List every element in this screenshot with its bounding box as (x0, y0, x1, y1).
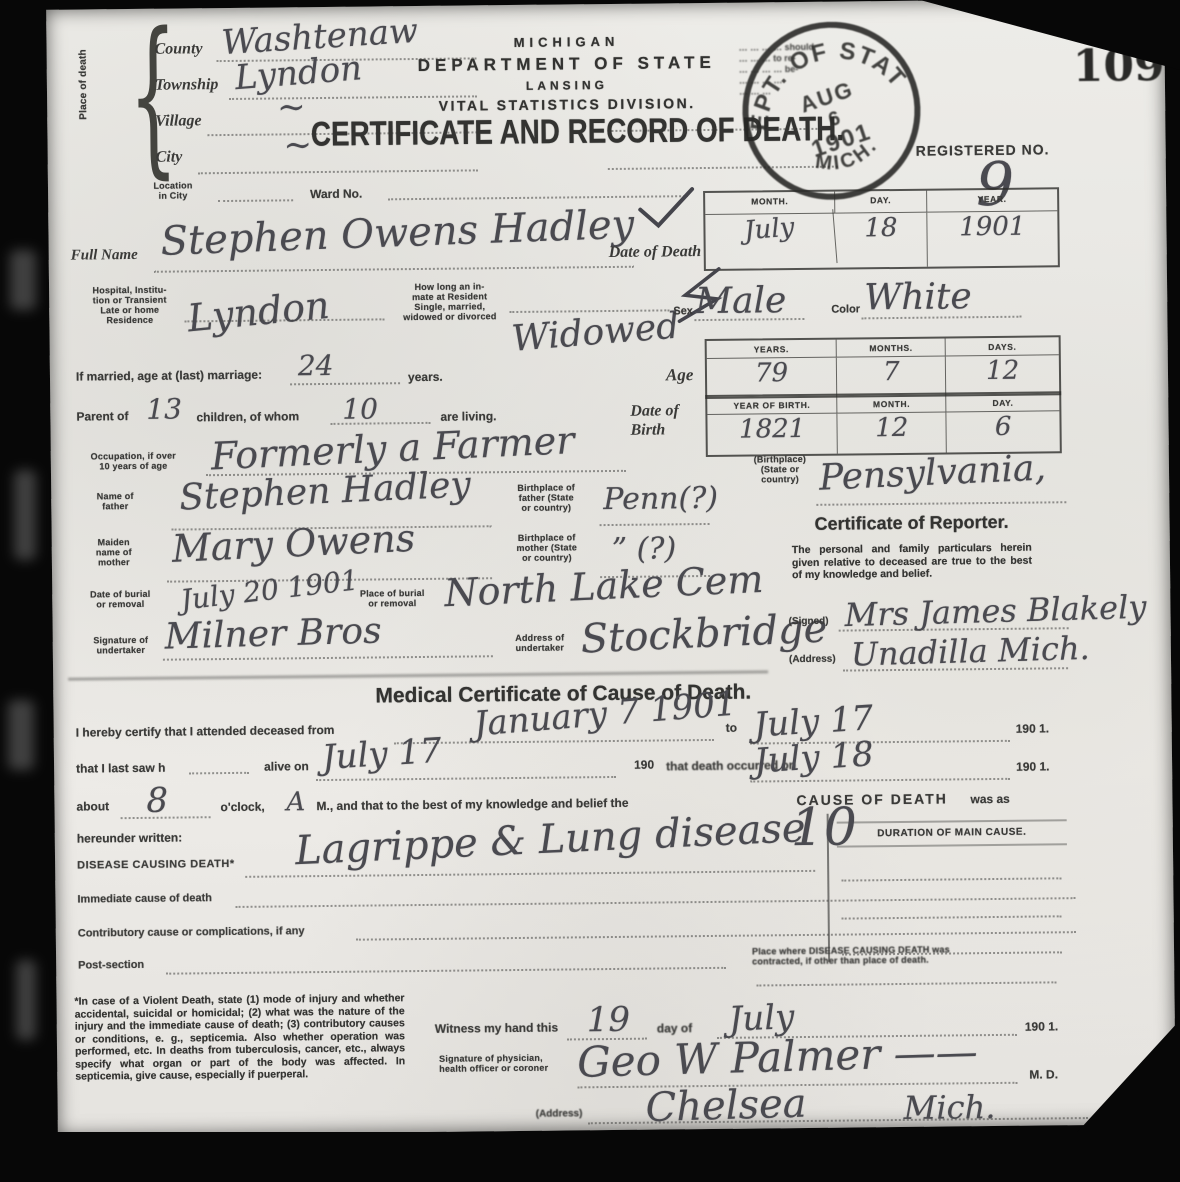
certificate-paper: { Place of death County Washtenaw Townsh… (46, 0, 1176, 1136)
father-birthplace-value: Penn(?) (603, 481, 718, 517)
film-edge-smudge (8, 700, 34, 770)
children-count-value: 13 (146, 392, 182, 425)
physician-address-value: Chelsea (645, 1081, 807, 1131)
duration-box: DURATION OF MAIN CAUSE. (827, 811, 1081, 962)
witness-year-label: 190 1. (1025, 1019, 1059, 1033)
birth-day-header: DAY. (947, 393, 1060, 412)
death-occurred-year: 190 1. (1016, 759, 1050, 773)
header-michigan: MICHIGAN (366, 32, 766, 51)
age-years-header: YEARS. (707, 340, 837, 359)
full-name-label: Full Name (71, 247, 138, 265)
burial-date-label: Date of burial or removal (82, 589, 158, 610)
birth-month-header: MONTH. (837, 394, 946, 413)
dod-year-value: 1901 (927, 211, 1058, 266)
last-saw-line (316, 776, 616, 781)
witness-label: Witness my hand this (435, 1021, 558, 1036)
age-months-value: 7 (837, 356, 947, 395)
violent-death-footnote: *In case of a Violent Death, state (1) m… (74, 992, 405, 1083)
hereunder-label: hereunder written: (77, 831, 183, 846)
to-label: to (726, 721, 737, 735)
city-label: City (156, 148, 183, 166)
contributory-label: Contributory cause or complications, if … (78, 925, 305, 939)
duration-value: 10 (790, 797, 857, 858)
residence-label: Hospital, Institu- tion or Transient Lat… (77, 284, 182, 325)
father-name-label: Name of father (83, 491, 147, 512)
sex-value: Male (695, 280, 787, 322)
age-years-value: 79 (707, 358, 838, 397)
birthplace-label: (Birthplace) (State or country) (745, 454, 815, 485)
bottom-film-band (0, 1132, 1180, 1182)
duration-dot1 (841, 877, 1061, 881)
was-as-label: was as (970, 792, 1010, 806)
film-edge-smudge (14, 470, 36, 560)
last-saw-label: that I last saw h (76, 761, 166, 776)
certify-label: I hereby certify that I attended decease… (76, 723, 335, 740)
birthplace-line (816, 501, 1066, 506)
post-section-line (166, 967, 726, 975)
burial-place-value: North Lake Cem (443, 557, 764, 615)
year-frag: 190 (634, 758, 654, 772)
ward-no-label: Ward No. (310, 187, 362, 202)
mother-name-value: Mary Owens (171, 516, 416, 571)
reporter-body: The personal and family particulars here… (792, 542, 1032, 582)
m-label: M., and that to the best of my knowledge… (316, 796, 628, 813)
county-label: County (154, 40, 202, 59)
age-label: Age (666, 365, 694, 385)
village-value: ~ (277, 87, 306, 127)
marriage-line (290, 382, 400, 385)
duration-top-rule (837, 819, 1067, 823)
marriage-age-value: 24 (298, 349, 334, 382)
age-table: YEARS. MONTHS. DAYS. 79 7 12 (705, 335, 1062, 399)
physician-state-value: Mich. (903, 1088, 995, 1127)
dod-day-header: DAY. (835, 191, 927, 214)
section-divider (68, 670, 768, 680)
film-edge-smudge (10, 250, 36, 310)
date-of-birth-label: Date of Birth (630, 401, 679, 440)
witness-mid-label: day of (657, 1021, 692, 1035)
date-of-birth-table: YEAR OF BIRTH. MONTH. DAY. 1821 12 6 (705, 391, 1062, 457)
undertaker-addr-label: Address of undertaker (505, 632, 575, 653)
residence-value: Lyndon (185, 283, 331, 341)
physician-sig-value: Geo W Palmer —— (577, 1027, 979, 1087)
color-label: Color (831, 303, 860, 315)
city-line (198, 169, 478, 174)
children-living-value: 10 (342, 392, 378, 425)
occupation-label: Occupation, if over 10 years of age (81, 450, 186, 471)
footnote-bold: Violent Death, (143, 994, 214, 1007)
meridiem-value: A (286, 787, 305, 817)
film-edge-smudge (16, 960, 36, 1040)
reporter-address-label: (Address) (789, 654, 836, 665)
physician-sig-label: Signature of physician, health officer o… (439, 1052, 569, 1073)
birth-year-header: YEAR OF BIRTH. (707, 396, 837, 415)
color-value: White (864, 276, 972, 318)
location-in-city-label: Location in City (144, 180, 202, 201)
death-occurred-value: July 18 (753, 734, 875, 781)
disease-value: Lagrippe & Lung disease (294, 805, 806, 874)
full-name-value: Stephen Owens Hadley (160, 202, 635, 265)
marital-value: Widowed (510, 305, 681, 359)
post-section-label: Post-section (78, 959, 144, 972)
marriage-label-before: If married, age at (last) marriage: (76, 368, 262, 384)
dod-day-value: 18 (836, 213, 928, 268)
marriage-label-after: years. (408, 370, 443, 384)
place-contracted-label: Place where DISEASE CAUSING DEATH was co… (752, 944, 1042, 967)
township-label: Township (155, 76, 219, 95)
burial-place-label: Place of burial or removal (352, 588, 432, 609)
date-of-death-table: MONTH. DAY. YEAR. July 18 1901 (703, 187, 1060, 271)
reporter-signed-label: (Signed) (789, 616, 829, 627)
place-of-death-side-label: Place of death (78, 29, 89, 139)
full-name-line (154, 266, 634, 273)
sex-label: Sex (673, 305, 693, 317)
children-label-mid: children, of whom (196, 409, 299, 424)
header-lansing: LANSING (367, 76, 767, 94)
attended-from-line (394, 739, 714, 744)
age-days-value: 12 (946, 355, 1059, 394)
physician-address-label: (Address) (536, 1108, 583, 1119)
reporter-title: Certificate of Reporter. (771, 511, 1051, 535)
dod-year-header: YEAR. (927, 189, 1057, 212)
oclock-label: o'clock, (220, 800, 264, 814)
birth-month-value: 12 (838, 412, 948, 453)
birth-day-value: 6 (947, 411, 1060, 452)
undertaker-sig-value: Milner Bros (164, 611, 382, 658)
age-days-header: DAYS. (946, 337, 1059, 356)
footnote-before: *In case of a (74, 995, 143, 1008)
attended-to-year: 190 1. (1016, 721, 1050, 735)
birth-year-value: 1821 (707, 414, 838, 455)
father-birthplace-label: Birthplace of father (State or country) (503, 482, 589, 513)
last-saw-blank (189, 772, 249, 775)
hour-value: 8 (146, 781, 168, 821)
alive-on-label: alive on (264, 759, 309, 773)
duration-dot2 (842, 915, 1062, 919)
village-label: Village (155, 112, 201, 130)
witness-day-value: 19 (587, 1000, 631, 1040)
location-line (218, 199, 293, 202)
last-saw-value: July 17 (321, 731, 443, 778)
immediate-cause-label: Immediate cause of death (77, 892, 212, 905)
scanned-death-certificate-page: { "film": { "page_number": "109" }, "mar… (0, 0, 1180, 1182)
date-of-death-label: Date of Death (609, 243, 702, 262)
duration-title: DURATION OF MAIN CAUSE. (839, 827, 1065, 839)
duration-under-rule (837, 843, 1067, 847)
inmate-marital-label: How long an in- mate at Resident Single,… (397, 281, 502, 322)
color-line (861, 316, 1021, 320)
father-bp-line (600, 523, 710, 526)
place-contracted-line (756, 981, 1056, 986)
disease-causing-death-label: DISEASE CAUSING DEATH* (77, 858, 235, 872)
pen-stroke-check (636, 185, 697, 237)
undertaker-sig-label: Signature of undertaker (83, 635, 159, 656)
mother-birthplace-label: Birthplace of mother (State or country) (504, 532, 590, 563)
mother-name-label: Maiden name of mother (84, 537, 144, 568)
age-months-header: MONTHS. (837, 338, 946, 357)
burial-date-value: July 20 1901 (179, 563, 360, 616)
md-label: M. D. (1029, 1067, 1058, 1081)
children-label-before: Parent of (76, 409, 128, 424)
about-label: about (76, 799, 109, 813)
